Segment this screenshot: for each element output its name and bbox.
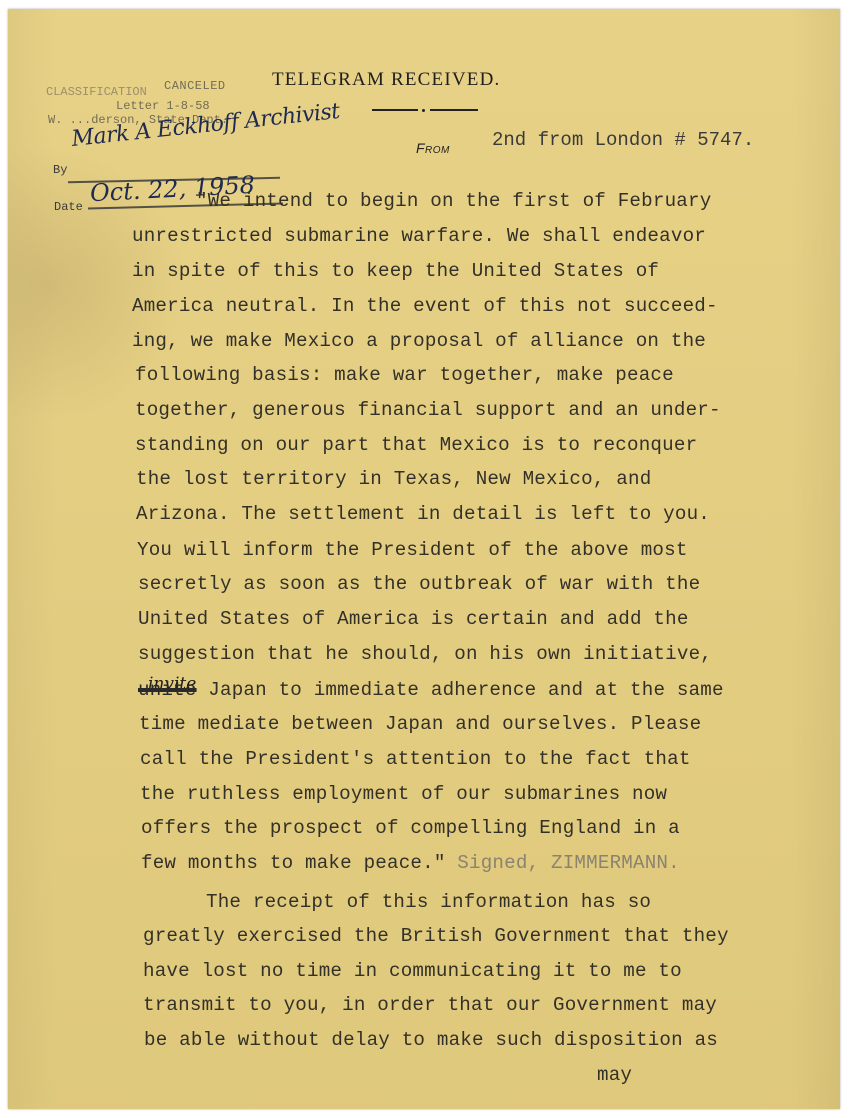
body-line-6: following basis: make war together, make… — [135, 364, 674, 386]
ornament-dot — [422, 109, 425, 112]
body-line-12: secretly as soon as the outbreak of war … — [138, 573, 700, 595]
body-line-18: the ruthless employment of our submarine… — [140, 783, 667, 805]
body-line-2: unrestricted submarine warfare. We shall… — [132, 225, 706, 247]
body-line-1: "We intend to begin on the first of Febr… — [196, 190, 711, 212]
signed-zimmermann: Signed, ZIMMERMANN. — [446, 852, 680, 874]
body-line-11: You will inform the President of the abo… — [137, 539, 688, 561]
from-label: From — [416, 140, 450, 156]
body-line-13: United States of America is certain and … — [138, 608, 689, 630]
body-line-15: unite Japan to immediate adherence and a… — [138, 679, 724, 701]
date-label: Date — [54, 200, 83, 214]
title-ornament-divider — [372, 108, 478, 112]
body-line-4: America neutral. In the event of this no… — [132, 295, 718, 317]
body-line-23: have lost no time in communicating it to… — [143, 960, 682, 982]
ornament-bar-left — [372, 109, 418, 111]
from-value: 2nd from London # 5747. — [492, 129, 754, 151]
continuation-word: may — [597, 1064, 632, 1086]
body-line-19: offers the prospect of compelling Englan… — [141, 817, 680, 839]
body-line-16: time mediate between Japan and ourselves… — [139, 713, 701, 735]
body-line-10: Arizona. The settlement in detail is lef… — [136, 503, 710, 525]
body-line-24: transmit to you, in order that our Gover… — [143, 994, 717, 1016]
body-line-17: call the President's attention to the fa… — [140, 748, 691, 770]
telegram-page: CANCELED CLASSIFICATION Letter 1-8-58 W.… — [8, 9, 840, 1109]
body-line-25: be able without delay to make such dispo… — [144, 1029, 718, 1051]
ornament-bar-right — [430, 109, 478, 111]
body-line-14: suggestion that he should, on his own in… — [138, 643, 712, 665]
body-line-22: greatly exercised the British Government… — [143, 925, 729, 947]
body-line-7: together, generous financial support and… — [135, 399, 721, 421]
body-line-9: the lost territory in Texas, New Mexico,… — [136, 468, 651, 490]
body-line-15-text: Japan to immediate adherence and at the … — [197, 679, 724, 701]
by-label: By — [53, 163, 67, 177]
struck-word: unite — [138, 679, 197, 701]
body-line-20: few months to make peace." Signed, ZIMME… — [141, 852, 680, 874]
document-title: TELEGRAM RECEIVED. — [272, 69, 500, 91]
declassification-stamp-class: CLASSIFICATION — [46, 85, 147, 99]
body-line-3: in spite of this to keep the United Stat… — [132, 260, 659, 282]
body-line-8: standing on our part that Mexico is to r… — [135, 434, 697, 456]
body-line-21: The receipt of this information has so — [206, 891, 651, 913]
body-line-5: ing, we make Mexico a proposal of allian… — [132, 330, 706, 352]
declassification-stamp-canceled: CANCELED — [164, 79, 226, 93]
declassification-stamp-letter: Letter 1-8-58 — [116, 99, 210, 113]
body-line-20-text: few months to make peace." — [141, 852, 446, 874]
